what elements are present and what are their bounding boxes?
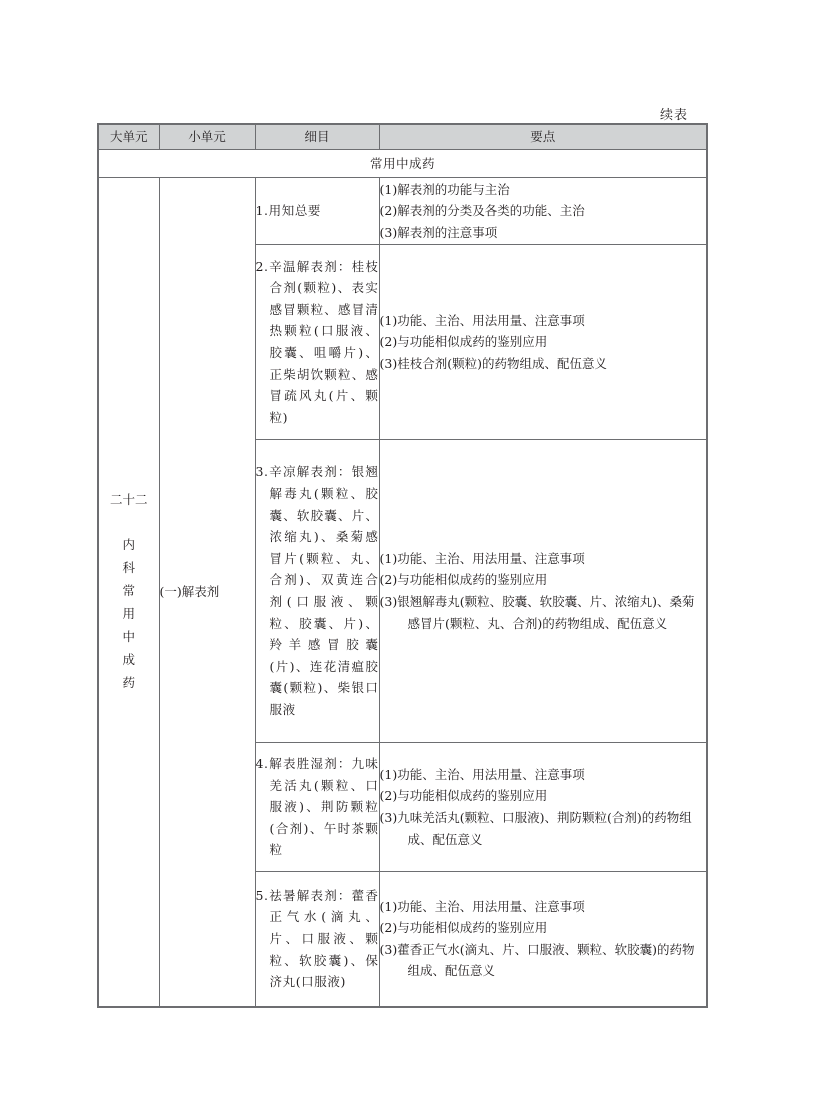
- item-text: 4.解表胜湿剂：九味羌活丸(颗粒、口服液)、荆防颗粒(合剂)、午时茶颗粒: [256, 753, 379, 861]
- item-cell: 1.用知总要: [255, 178, 379, 245]
- header-points: 要点: [379, 124, 707, 150]
- point-text: (1)解表剂的功能与主治: [380, 179, 707, 201]
- point-text: (1)功能、主治、用法用量、注意事项: [380, 896, 707, 918]
- point-text: (2)与功能相似成药的鉴别应用: [380, 569, 707, 591]
- point-text: (1)功能、主治、用法用量、注意事项: [380, 548, 707, 570]
- big-unit-char: 常: [99, 579, 159, 602]
- big-unit-char: 用: [99, 602, 159, 625]
- point-text: (2)与功能相似成药的鉴别应用: [380, 917, 707, 939]
- points-cell: (1)解表剂的功能与主治 (2)解表剂的分类及各类的功能、主治 (3)解表剂的注…: [379, 178, 707, 245]
- big-unit-char: 中: [99, 625, 159, 648]
- big-unit-char: 成: [99, 648, 159, 671]
- point-text: (2)与功能相似成药的鉴别应用: [380, 785, 707, 807]
- big-unit-cell: 二十二 内 科 常 用 中 成 药: [98, 178, 159, 1007]
- point-text: (3)九味羌活丸(颗粒、口服液)、荆防颗粒(合剂)的药物组成、配伍意义: [380, 807, 707, 850]
- points-cell: (1)功能、主治、用法用量、注意事项 (2)与功能相似成药的鉴别应用 (3)藿香…: [379, 872, 707, 1007]
- point-text: (3)银翘解毒丸(颗粒、胶囊、软胶囊、片、浓缩丸)、桑菊感冒片(颗粒、丸、合剂)…: [380, 591, 707, 634]
- points-cell: (1)功能、主治、用法用量、注意事项 (2)与功能相似成药的鉴别应用 (3)九味…: [379, 743, 707, 872]
- syllabus-table: 大单元 小单元 细目 要点 常用中成药 二十二 内 科 常 用 中 成 药 (一…: [97, 123, 708, 1008]
- continued-label: 续表: [660, 104, 688, 123]
- big-unit-number: 二十二: [99, 489, 159, 511]
- point-text: (3)解表剂的注意事项: [380, 222, 707, 244]
- header-item: 细目: [255, 124, 379, 150]
- header-row: 大单元 小单元 细目 要点: [98, 124, 707, 150]
- point-text: (3)藿香正气水(滴丸、片、口服液、颗粒、软胶囊)的药物组成、配伍意义: [380, 939, 707, 982]
- item-cell: 5.祛暑解表剂：藿香正气水(滴丸、片、口服液、颗粒、软胶囊)、保济丸(口服液): [255, 872, 379, 1007]
- section-row: 常用中成药: [98, 150, 707, 178]
- item-text: 3.辛凉解表剂：银翘解毒丸(颗粒、胶囊、软胶囊、片、浓缩丸)、桑菊感冒片(颗粒、…: [256, 461, 379, 720]
- point-text: (1)功能、主治、用法用量、注意事项: [380, 764, 707, 786]
- item-text: 1.用知总要: [256, 200, 379, 222]
- big-unit-char: 药: [99, 671, 159, 694]
- point-text: (2)解表剂的分类及各类的功能、主治: [380, 200, 707, 222]
- item-cell: 2.辛温解表剂：桂枝合剂(颗粒)、表实感冒颗粒、感冒清热颗粒(口服液、胶囊、咀嚼…: [255, 245, 379, 440]
- point-text: (1)功能、主治、用法用量、注意事项: [380, 310, 707, 332]
- header-small-unit: 小单元: [159, 124, 255, 150]
- point-text: (2)与功能相似成药的鉴别应用: [380, 331, 707, 353]
- point-text: (3)桂枝合剂(颗粒)的药物组成、配伍意义: [380, 353, 707, 375]
- points-cell: (1)功能、主治、用法用量、注意事项 (2)与功能相似成药的鉴别应用 (3)桂枝…: [379, 245, 707, 440]
- item-cell: 4.解表胜湿剂：九味羌活丸(颗粒、口服液)、荆防颗粒(合剂)、午时茶颗粒: [255, 743, 379, 872]
- item-text: 2.辛温解表剂：桂枝合剂(颗粒)、表实感冒颗粒、感冒清热颗粒(口服液、胶囊、咀嚼…: [256, 256, 379, 429]
- big-unit-char: 科: [99, 556, 159, 579]
- table-row: 二十二 内 科 常 用 中 成 药 (一)解表剂 1.用知总要 (1)解表剂的功…: [98, 178, 707, 245]
- header-big-unit: 大单元: [98, 124, 159, 150]
- big-unit-char: 内: [99, 533, 159, 556]
- item-cell: 3.辛凉解表剂：银翘解毒丸(颗粒、胶囊、软胶囊、片、浓缩丸)、桑菊感冒片(颗粒、…: [255, 440, 379, 743]
- section-title: 常用中成药: [98, 150, 707, 178]
- item-text: 5.祛暑解表剂：藿香正气水(滴丸、片、口服液、颗粒、软胶囊)、保济丸(口服液): [256, 885, 379, 993]
- small-unit-cell: (一)解表剂: [159, 178, 255, 1007]
- points-cell: (1)功能、主治、用法用量、注意事项 (2)与功能相似成药的鉴别应用 (3)银翘…: [379, 440, 707, 743]
